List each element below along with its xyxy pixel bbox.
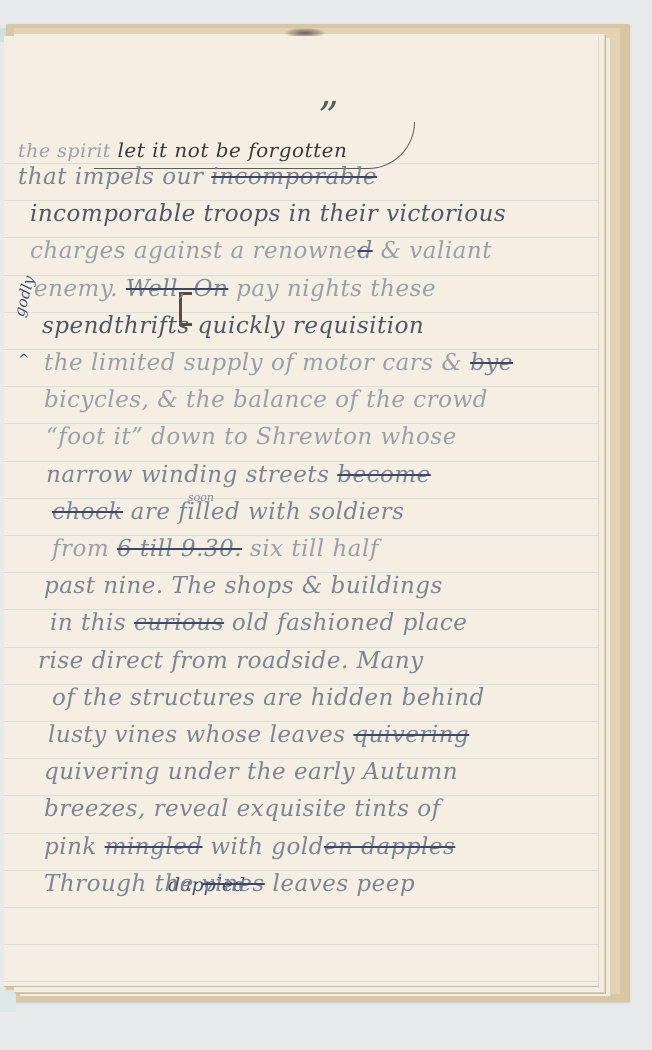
manuscript-line: “foot it” down to Shrewton whose <box>46 424 457 450</box>
manuscript-line: of the structures are hidden behind <box>52 685 485 711</box>
line-text: pink <box>44 834 105 860</box>
struck-word: mingled <box>105 834 203 860</box>
line-text: incomporable troops in their victorious <box>30 201 506 227</box>
insertion-caret: ^ <box>18 352 30 368</box>
line-text: & valiant <box>373 238 492 264</box>
manuscript-line: rise direct from roadside. Many <box>38 648 424 674</box>
manuscript-line: incomporable troops in their victorious <box>30 201 506 227</box>
struck-word: en dapples <box>324 834 455 860</box>
manuscript-line: past nine. The shops & buildings <box>44 573 443 599</box>
line-text: that impels our <box>18 164 211 190</box>
line-text: with gold <box>203 834 324 860</box>
manuscript-line: bicycles, & the balance of the crowd <box>44 387 488 413</box>
line-text: are filled with soldiers <box>123 499 405 525</box>
line-text: pay nights these <box>228 276 436 302</box>
line-text: narrow winding streets <box>46 462 337 488</box>
struck-word: d <box>357 238 372 264</box>
manuscript-line: the limited supply of motor cars & bye <box>44 350 513 376</box>
insertion-pencil-text: the spirit <box>18 140 111 162</box>
manuscript-line: spendthrifts quickly requisition <box>42 313 424 339</box>
line-text: enemy. <box>34 276 126 302</box>
line-text: breezes, reveal exquisite tints of <box>44 796 441 822</box>
line-text: old fashioned place <box>224 610 467 636</box>
line-text: rise direct from roadside. Many <box>38 648 424 674</box>
ruled-line <box>4 907 598 908</box>
manuscript-line: enemy. Well, On pay nights these <box>34 276 436 302</box>
struck-word: Well, On <box>126 276 228 302</box>
top-insertion: the spirit let it not be forgotten <box>18 138 347 162</box>
struck-word: vines <box>202 871 265 897</box>
struck-word: incomporable <box>211 164 377 190</box>
struck-word: 6 till 9.30. <box>117 536 242 562</box>
manuscript-line: from 6 till 9.30. six till half <box>52 536 379 562</box>
manuscript-line: quivering under the early Autumn <box>44 759 458 785</box>
manuscript-line: chock are filled with soldiers <box>52 499 404 525</box>
manuscript-viewer: ” the spirit let it not be forgotten god… <box>0 0 652 1050</box>
struck-word: chock <box>52 499 123 525</box>
line-text: lusty vines whose leaves <box>48 722 353 748</box>
ruled-line <box>4 981 598 982</box>
ruled-line <box>4 944 598 945</box>
spine-tab-bottom <box>0 990 16 1012</box>
manuscript-page: ” the spirit let it not be forgotten god… <box>4 36 599 987</box>
line-text: the limited supply of motor cars & <box>44 350 470 376</box>
struck-word: quivering <box>353 722 469 748</box>
line-text: leaves peep <box>265 871 415 897</box>
line-text: from <box>52 536 117 562</box>
line-text: spendthrifts quickly requisition <box>42 313 424 339</box>
struck-word: curious <box>134 610 224 636</box>
line-text: in this <box>50 610 134 636</box>
line-text: charges against a renowne <box>30 238 357 264</box>
manuscript-line: in this curious old fashioned place <box>50 610 467 636</box>
line-text: “foot it” down to Shrewton whose <box>46 424 457 450</box>
manuscript-line: lusty vines whose leaves quivering <box>48 722 469 748</box>
manuscript-line: breezes, reveal exquisite tints of <box>44 796 441 822</box>
struck-word: bye <box>470 350 513 376</box>
line-text: past nine. The shops & buildings <box>44 573 443 599</box>
manuscript-line: charges against a renowned & valiant <box>30 238 492 264</box>
struck-word: become <box>337 462 430 488</box>
manuscript-line: narrow winding streets become <box>46 462 431 488</box>
line-text: Through the <box>44 871 202 897</box>
line-text: six till half <box>242 536 379 562</box>
line-text: quivering under the early Autumn <box>44 759 458 785</box>
insertion-ink-text: let it not be forgotten <box>118 138 348 162</box>
line-text: of the structures are hidden behind <box>52 685 485 711</box>
manuscript-line: pink mingled with golden dapples <box>44 834 455 860</box>
manuscript-line: that impels our incomporable <box>18 164 377 190</box>
manuscript-line: Through the vines leaves peep <box>44 871 415 897</box>
line-text: bicycles, & the balance of the crowd <box>44 387 488 413</box>
